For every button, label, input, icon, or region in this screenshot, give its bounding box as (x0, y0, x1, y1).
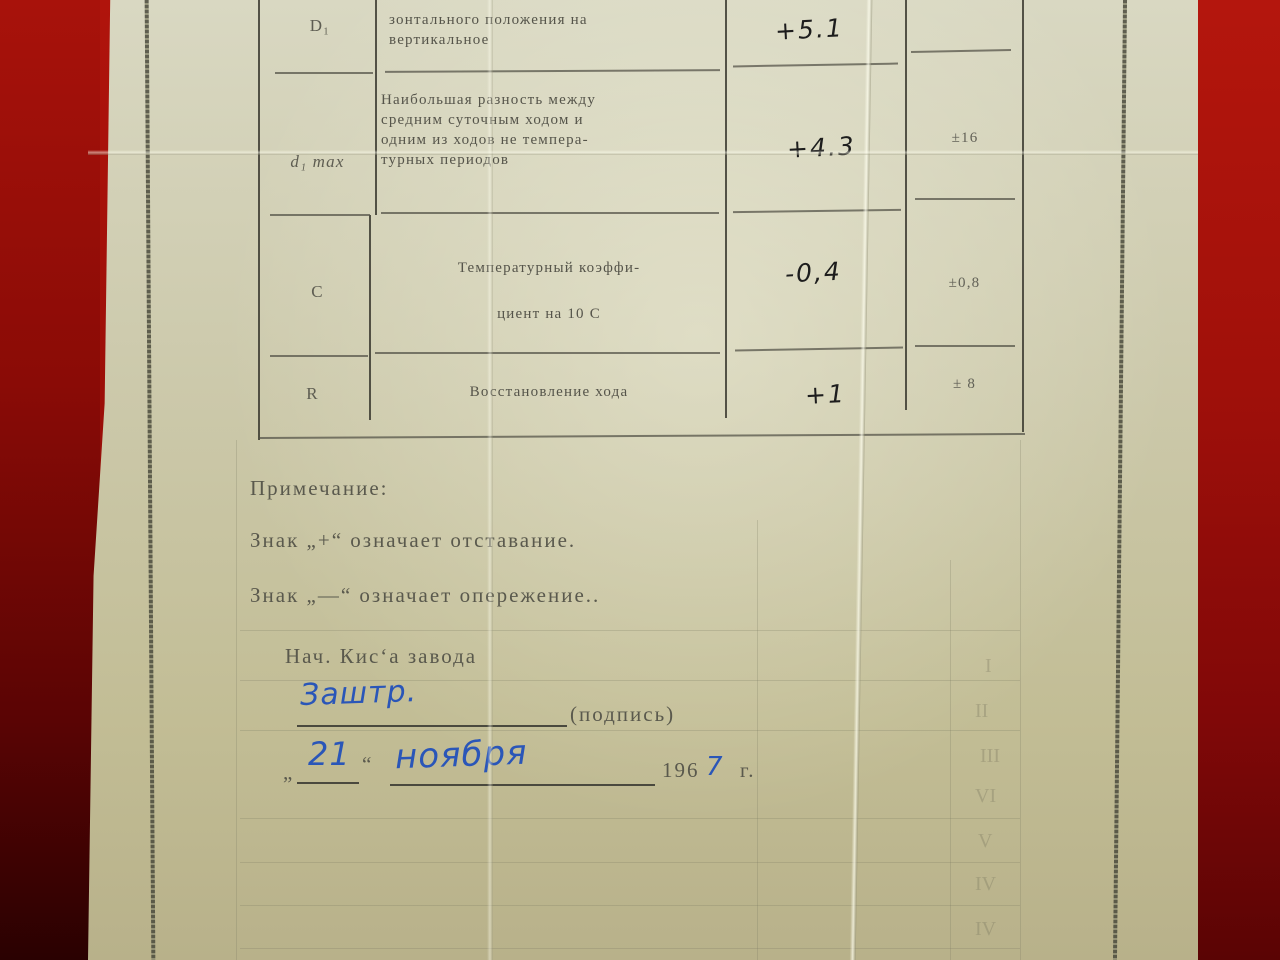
description-line: средним суточным ходом и (381, 110, 717, 130)
year-handwritten-digit: 7 (706, 752, 724, 782)
signature-caption: (подпись) (570, 702, 675, 727)
row-c-tolerance: ±0,8 (917, 273, 1012, 293)
row-c-symbol: C (270, 282, 365, 302)
row-r-description: Восстановление хода (379, 382, 719, 402)
row-d1max-symbol: d₁ max (270, 152, 365, 172)
handwritten-date-day: 21 (308, 735, 351, 773)
description-line: зонтального положения на (389, 10, 717, 30)
row-r-tolerance: ± 8 (917, 374, 1012, 394)
row-d1-description: зонтального положения на вертикальное (389, 10, 717, 50)
date-close-quote: “ (362, 752, 373, 777)
note-plus-sign: Знак „+“ означает отставание. (250, 528, 576, 553)
red-cloth-background-right (1190, 0, 1280, 960)
description-line: одним из ходов не темпера- (381, 130, 717, 150)
row-c-description: Температурный коэффи- циент на 10 С (379, 245, 719, 337)
faint-roman-numeral: IV (975, 873, 996, 896)
row-d1max-description: Наибольшая разность между средним суточн… (381, 90, 717, 170)
year-printed: 196 (662, 758, 700, 783)
faint-roman-numeral: IV (975, 918, 996, 941)
handwritten-date-month: ноября (394, 733, 528, 778)
paper-fold-crease (487, 0, 493, 960)
red-cloth-background-left (0, 0, 100, 960)
faint-roman-numeral: V (978, 830, 992, 853)
faint-roman-numeral: III (980, 745, 1000, 768)
date-open-quote: „ (283, 760, 294, 785)
row-c-measured-value: -0,4 (784, 257, 842, 289)
handwritten-signature: Заштр. (299, 674, 417, 713)
faint-roman-numeral: I (985, 655, 992, 678)
measurement-table: D₁ зонтального положения на вертикальное… (255, 0, 1025, 435)
note-minus-sign: Знак „—“ означает опережение.. (250, 583, 600, 608)
row-d1max-tolerance: ±16 (920, 128, 1010, 148)
notes-heading: Примечание: (250, 476, 389, 501)
description-line: циент на 10 С (379, 291, 719, 337)
faint-roman-numeral: VI (975, 785, 996, 808)
faint-roman-numeral: II (975, 700, 988, 723)
date-month-line (390, 784, 655, 786)
year-suffix: г. (740, 758, 756, 783)
row-d1-symbol: D₁ (275, 16, 365, 36)
row-r-measured-value: +1 (804, 379, 846, 410)
description-line: Температурный коэффи- (379, 245, 719, 291)
description-line: вертикальное (389, 30, 717, 50)
paper-fold-crease (88, 150, 1198, 155)
date-day-line (297, 782, 359, 784)
row-d1max-measured-value: +4.3 (786, 131, 856, 164)
factory-chief-title: Нач. Кис‘а завода (285, 644, 477, 669)
row-d1-measured-value: +5.1 (774, 13, 844, 46)
description-line: Наибольшая разность между (381, 90, 717, 110)
row-r-symbol: R (265, 384, 360, 404)
signature-line (297, 725, 567, 727)
